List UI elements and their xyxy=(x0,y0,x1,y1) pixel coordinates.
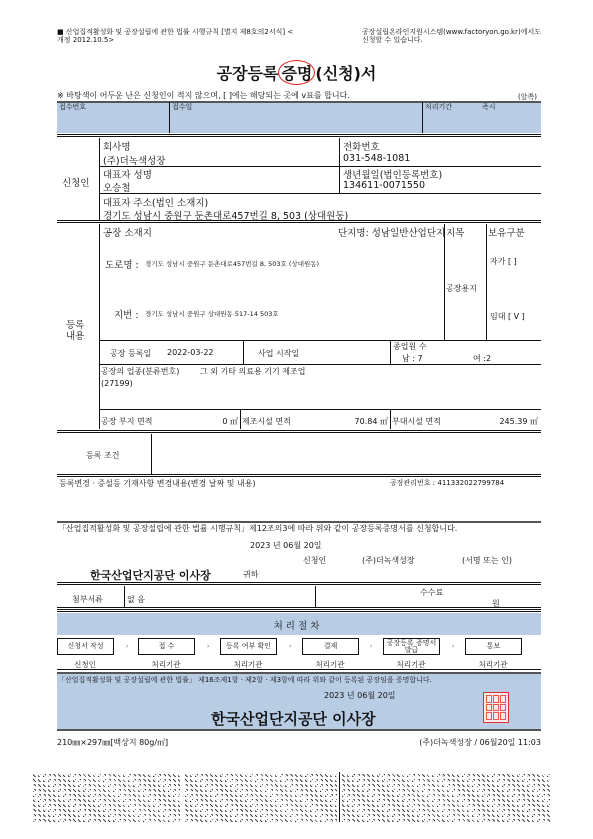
employees-female: 여 :2 xyxy=(473,353,491,364)
security-barcode-1 xyxy=(33,772,180,822)
reg-date-label: 공장 등록일 xyxy=(110,348,151,359)
arrow-icon: › xyxy=(126,643,128,650)
owned-checkbox[interactable]: 자가 [ ] xyxy=(490,256,517,267)
road-address-value: 경기도 성남시 중원구 둔촌대로457번길 8, 503호 (상대원동) xyxy=(145,259,319,268)
step-box-3: 등록 여부 확인 xyxy=(220,638,277,655)
certification-date: 2023 년 06월 20일 xyxy=(324,690,396,701)
complex-name: 단지명: 성남일반산업단지 xyxy=(338,225,445,239)
security-barcode-3 xyxy=(342,772,552,822)
arrow-icon: › xyxy=(207,643,209,650)
company-value: (주)더녹색성장 xyxy=(103,153,165,167)
start-date-label: 사업 시작일 xyxy=(258,348,299,359)
aux-area-label: 부대시설 면적 xyxy=(392,416,441,427)
instruction: ※ 바탕색이 어두운 난은 신청인이 적지 않으며, [ ]에는 해당되는 곳에… xyxy=(57,90,350,101)
page-title: 공장등록증명(신청)서 xyxy=(0,60,593,85)
receipt-number-label: 접수번호 xyxy=(59,103,86,111)
conditions-label: 등록 조건 xyxy=(86,450,119,461)
title-part2: (신청)서 xyxy=(315,64,376,83)
land-category-value: 공장용지 xyxy=(446,283,477,294)
step-box-4: 결재 xyxy=(302,638,359,655)
employees-male: 남 : 7 xyxy=(402,353,423,364)
processing-period-label: 처리기간 xyxy=(425,103,452,111)
factory-management-number: 공장관리번호 : 411332022799784 xyxy=(390,479,504,487)
issuer: 한국산업단지공단 이사장 xyxy=(211,708,376,729)
ownership-label: 보유구분 xyxy=(488,225,525,239)
recipient-suffix: 귀하 xyxy=(243,569,258,580)
step-box-5: 공장등록 증명서발급 xyxy=(383,638,440,655)
procedure-title: 처 리 절 차 xyxy=(0,618,593,632)
representative-value: 오승철 xyxy=(103,180,131,194)
page-side: (앞쪽) xyxy=(518,93,537,101)
phone-label: 전화번호 xyxy=(343,139,380,153)
receipt-section xyxy=(57,101,541,133)
declaration-date: 2023 년 06월 20일 xyxy=(250,540,322,551)
industry-value: 그 외 기타 의료용 기기 제조업 xyxy=(200,366,305,377)
security-barcode-2 xyxy=(185,772,337,822)
phone-value: 031-548-1081 xyxy=(343,153,410,164)
address-label: 대표자 주소(법인 소재지) xyxy=(103,195,208,209)
attachments-label: 첨부서류 xyxy=(72,594,103,605)
lot-address-value: 경기도 성남시 중원구 상대원동 517-14 503호 xyxy=(145,309,279,318)
paper-spec: 210㎜×297㎜[백상지 80g/㎡] xyxy=(57,737,168,748)
printed-by: (주)더녹색성장 / 06월20일 11:03 xyxy=(385,737,541,748)
lot-address-label: 지번 : xyxy=(114,307,139,321)
changes-label: 등록변경 · 증설등 기재사항 변경내용(변경 날짜 및 내용) xyxy=(59,478,256,489)
step-box-6: 통보 xyxy=(465,638,522,655)
birth-label: 생년월일(법인등록번호) xyxy=(343,167,442,181)
location-label: 공장 소재지 xyxy=(103,225,152,239)
step-box-1: 신청서 작성 xyxy=(57,638,114,655)
fee-label: 수수료 xyxy=(420,587,443,598)
applicant-section-label: 신청인 xyxy=(62,175,90,189)
land-category-label: 지목 xyxy=(446,225,464,239)
arrow-icon: › xyxy=(452,643,454,650)
receipt-date-label: 접수일 xyxy=(172,103,192,111)
mfg-area-label: 제조시설 면적 xyxy=(242,416,291,427)
title-part1: 공장등록 xyxy=(217,64,279,83)
attachments-value: 없 음 xyxy=(127,594,145,605)
arrow-icon: › xyxy=(370,643,372,650)
recipient: 한국산업단지공단 이사장 xyxy=(90,567,211,583)
fee-unit: 원 xyxy=(492,598,500,609)
road-address-label: 도로명 : xyxy=(105,257,139,271)
sign-label: (서명 또는 인) xyxy=(462,555,512,566)
representative-label: 대표자 성명 xyxy=(103,167,152,181)
step-box-2: 접 수 xyxy=(138,638,195,655)
law-reference: ■ 산업집적활성화 및 공장설립에 관한 법률 시행규칙 [별지 제8호의2서식… xyxy=(57,28,297,44)
certification-text: 「산업집적활성화 및 공장설립에 관한 법률」 제16조제1항 · 제2항 · … xyxy=(58,676,432,684)
leased-checkbox[interactable]: 임대 [ V ] xyxy=(490,311,525,322)
official-seal-icon xyxy=(483,692,509,723)
applicant-name: (주)더녹색성장 xyxy=(362,555,415,566)
arrow-icon: › xyxy=(289,643,291,650)
registration-section-label: 등록 내용 xyxy=(66,320,84,342)
birth-value: 134611-0071550 xyxy=(343,180,425,191)
mfg-area-value: 70.84 ㎡ xyxy=(330,416,388,427)
reg-date-value: 2022-03-22 xyxy=(167,348,214,357)
processing-period-value: 즉시 xyxy=(482,103,496,111)
industry-code: (27199) xyxy=(101,379,133,388)
declaration-text: 「산업집적활성화 및 공장설립에 관한 법률 시행규칙」제12조의3에 따라 위… xyxy=(58,523,457,534)
applicant-label: 신청인 xyxy=(303,555,326,566)
site-area-label: 공장 부지 면적 xyxy=(101,416,152,427)
employees-label: 종업원 수 xyxy=(393,341,426,352)
industry-label: 공장의 업종(분류번호) xyxy=(101,366,179,377)
title-circled: 증명 xyxy=(278,60,315,85)
aux-area-value: 245.39 ㎡ xyxy=(470,416,538,427)
site-area-value: 0 ㎡ xyxy=(200,416,238,427)
company-label: 회사명 xyxy=(103,139,131,153)
online-notice: 공장설립온라인지원시스템(www.factoryon.go.kr)에서도 신청할… xyxy=(362,28,542,44)
